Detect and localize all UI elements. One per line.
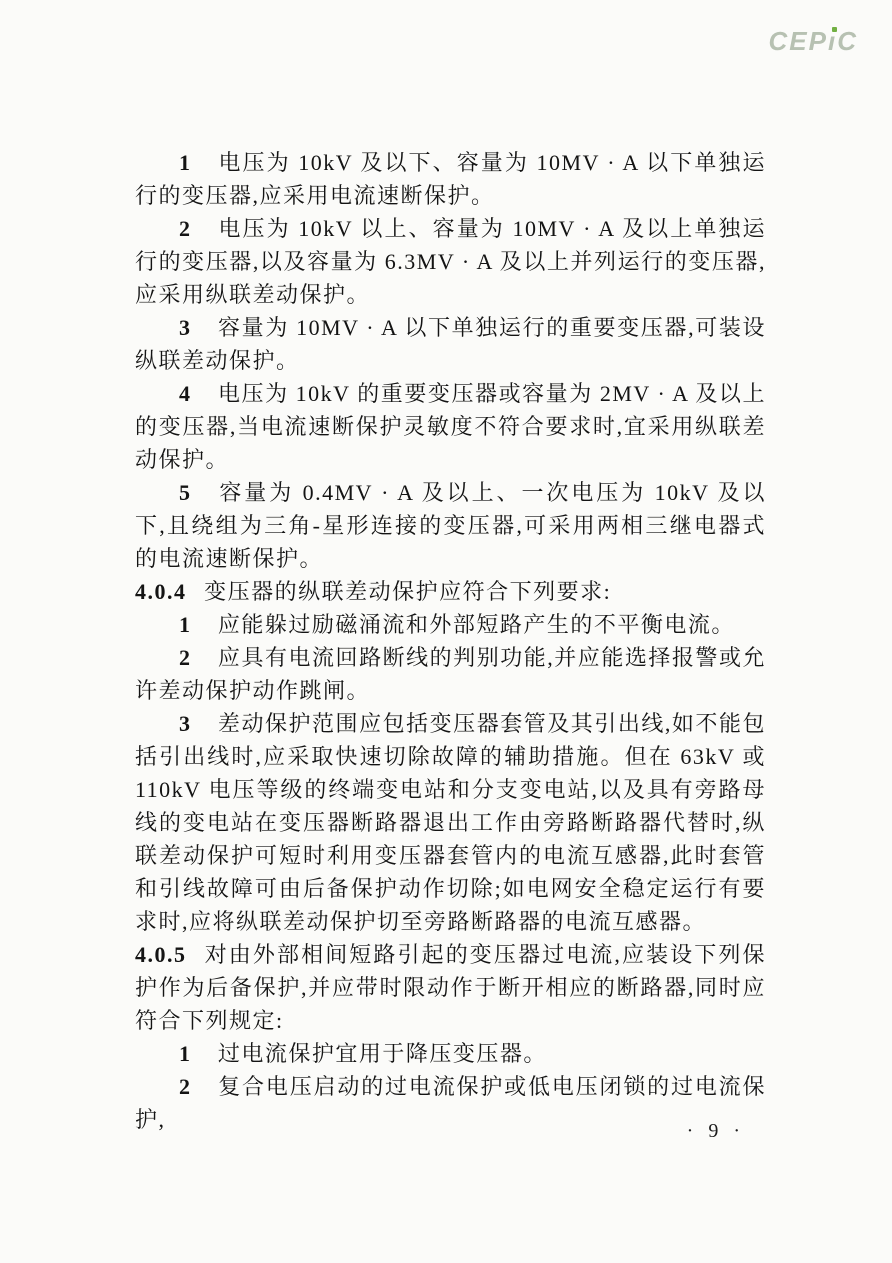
clause-item: 2复合电压启动的过电流保护或低电压闭锁的过电流保护,	[135, 1070, 766, 1136]
item-number: 3	[179, 711, 192, 736]
item-text: 电压为 10kV 及以下、容量为 10MV · A 以下单独运行的变压器,应采用…	[135, 150, 766, 208]
section-heading-4-0-5: 4.0.5对由外部相间短路引起的变压器过电流,应装设下列保护作为后备保护,并应带…	[135, 938, 766, 1037]
item-text: 电压为 10kV 以上、容量为 10MV · A 及以上单独运行的变压器,以及容…	[135, 216, 766, 307]
item-text: 应能躲过励磁涌流和外部短路产生的不平衡电流。	[218, 612, 735, 637]
item-number: 3	[179, 315, 192, 340]
clause-item: 1应能躲过励磁涌流和外部短路产生的不平衡电流。	[135, 608, 766, 641]
item-text: 过电流保护宜用于降压变压器。	[218, 1041, 547, 1066]
item-number: 1	[179, 150, 192, 175]
item-number: 4	[179, 381, 192, 406]
logo-letter-i: ı	[828, 26, 837, 57]
section-number: 4.0.4	[135, 579, 187, 604]
item-number: 2	[179, 216, 192, 241]
item-number: 2	[179, 1074, 192, 1099]
clause-item: 2电压为 10kV 以上、容量为 10MV · A 及以上单独运行的变压器,以及…	[135, 212, 766, 311]
section-number: 4.0.5	[135, 942, 187, 967]
item-text: 复合电压启动的过电流保护或低电压闭锁的过电流保护,	[135, 1074, 766, 1132]
document-body-text: 1电压为 10kV 及以下、容量为 10MV · A 以下单独运行的变压器,应采…	[135, 146, 766, 1136]
document-page: CEPıC 1电压为 10kV 及以下、容量为 10MV · A 以下单独运行的…	[0, 0, 892, 1263]
clause-item: 3容量为 10MV · A 以下单独运行的重要变压器,可装设纵联差动保护。	[135, 311, 766, 377]
clause-item: 2应具有电流回路断线的判别功能,并应能选择报警或允许差动保护动作跳闸。	[135, 641, 766, 707]
page-number: · 9 ·	[687, 1120, 745, 1143]
section-text: 变压器的纵联差动保护应符合下列要求:	[204, 579, 611, 604]
clause-item: 3差动保护范围应包括变压器套管及其引出线,如不能包括引出线时,应采取快速切除故障…	[135, 707, 766, 938]
clause-item: 5容量为 0.4MV · A 及以上、一次电压为 10kV 及以下,且绕组为三角…	[135, 476, 766, 575]
item-number: 5	[179, 480, 192, 505]
item-number: 1	[179, 612, 192, 637]
item-text: 电压为 10kV 的重要变压器或容量为 2MV · A 及以上的变压器,当电流速…	[135, 381, 766, 472]
item-text: 应具有电流回路断线的判别功能,并应能选择报警或允许差动保护动作跳闸。	[135, 645, 766, 703]
cepic-logo: CEPıC	[769, 26, 858, 57]
clause-item: 1过电流保护宜用于降压变压器。	[135, 1037, 766, 1070]
item-number: 1	[179, 1041, 192, 1066]
section-heading-4-0-4: 4.0.4变压器的纵联差动保护应符合下列要求:	[135, 575, 766, 608]
item-text: 容量为 10MV · A 以下单独运行的重要变压器,可装设纵联差动保护。	[135, 315, 766, 373]
logo-text-after-i: C	[837, 26, 858, 56]
clause-item: 4电压为 10kV 的重要变压器或容量为 2MV · A 及以上的变压器,当电流…	[135, 377, 766, 476]
section-text: 对由外部相间短路引起的变压器过电流,应装设下列保护作为后备保护,并应带时限动作于…	[135, 942, 766, 1033]
logo-text-before-i: CEP	[769, 26, 828, 56]
item-text: 差动保护范围应包括变压器套管及其引出线,如不能包括引出线时,应采取快速切除故障的…	[135, 711, 766, 934]
item-text: 容量为 0.4MV · A 及以上、一次电压为 10kV 及以下,且绕组为三角-…	[135, 480, 766, 571]
item-number: 2	[179, 645, 192, 670]
clause-item: 1电压为 10kV 及以下、容量为 10MV · A 以下单独运行的变压器,应采…	[135, 146, 766, 212]
